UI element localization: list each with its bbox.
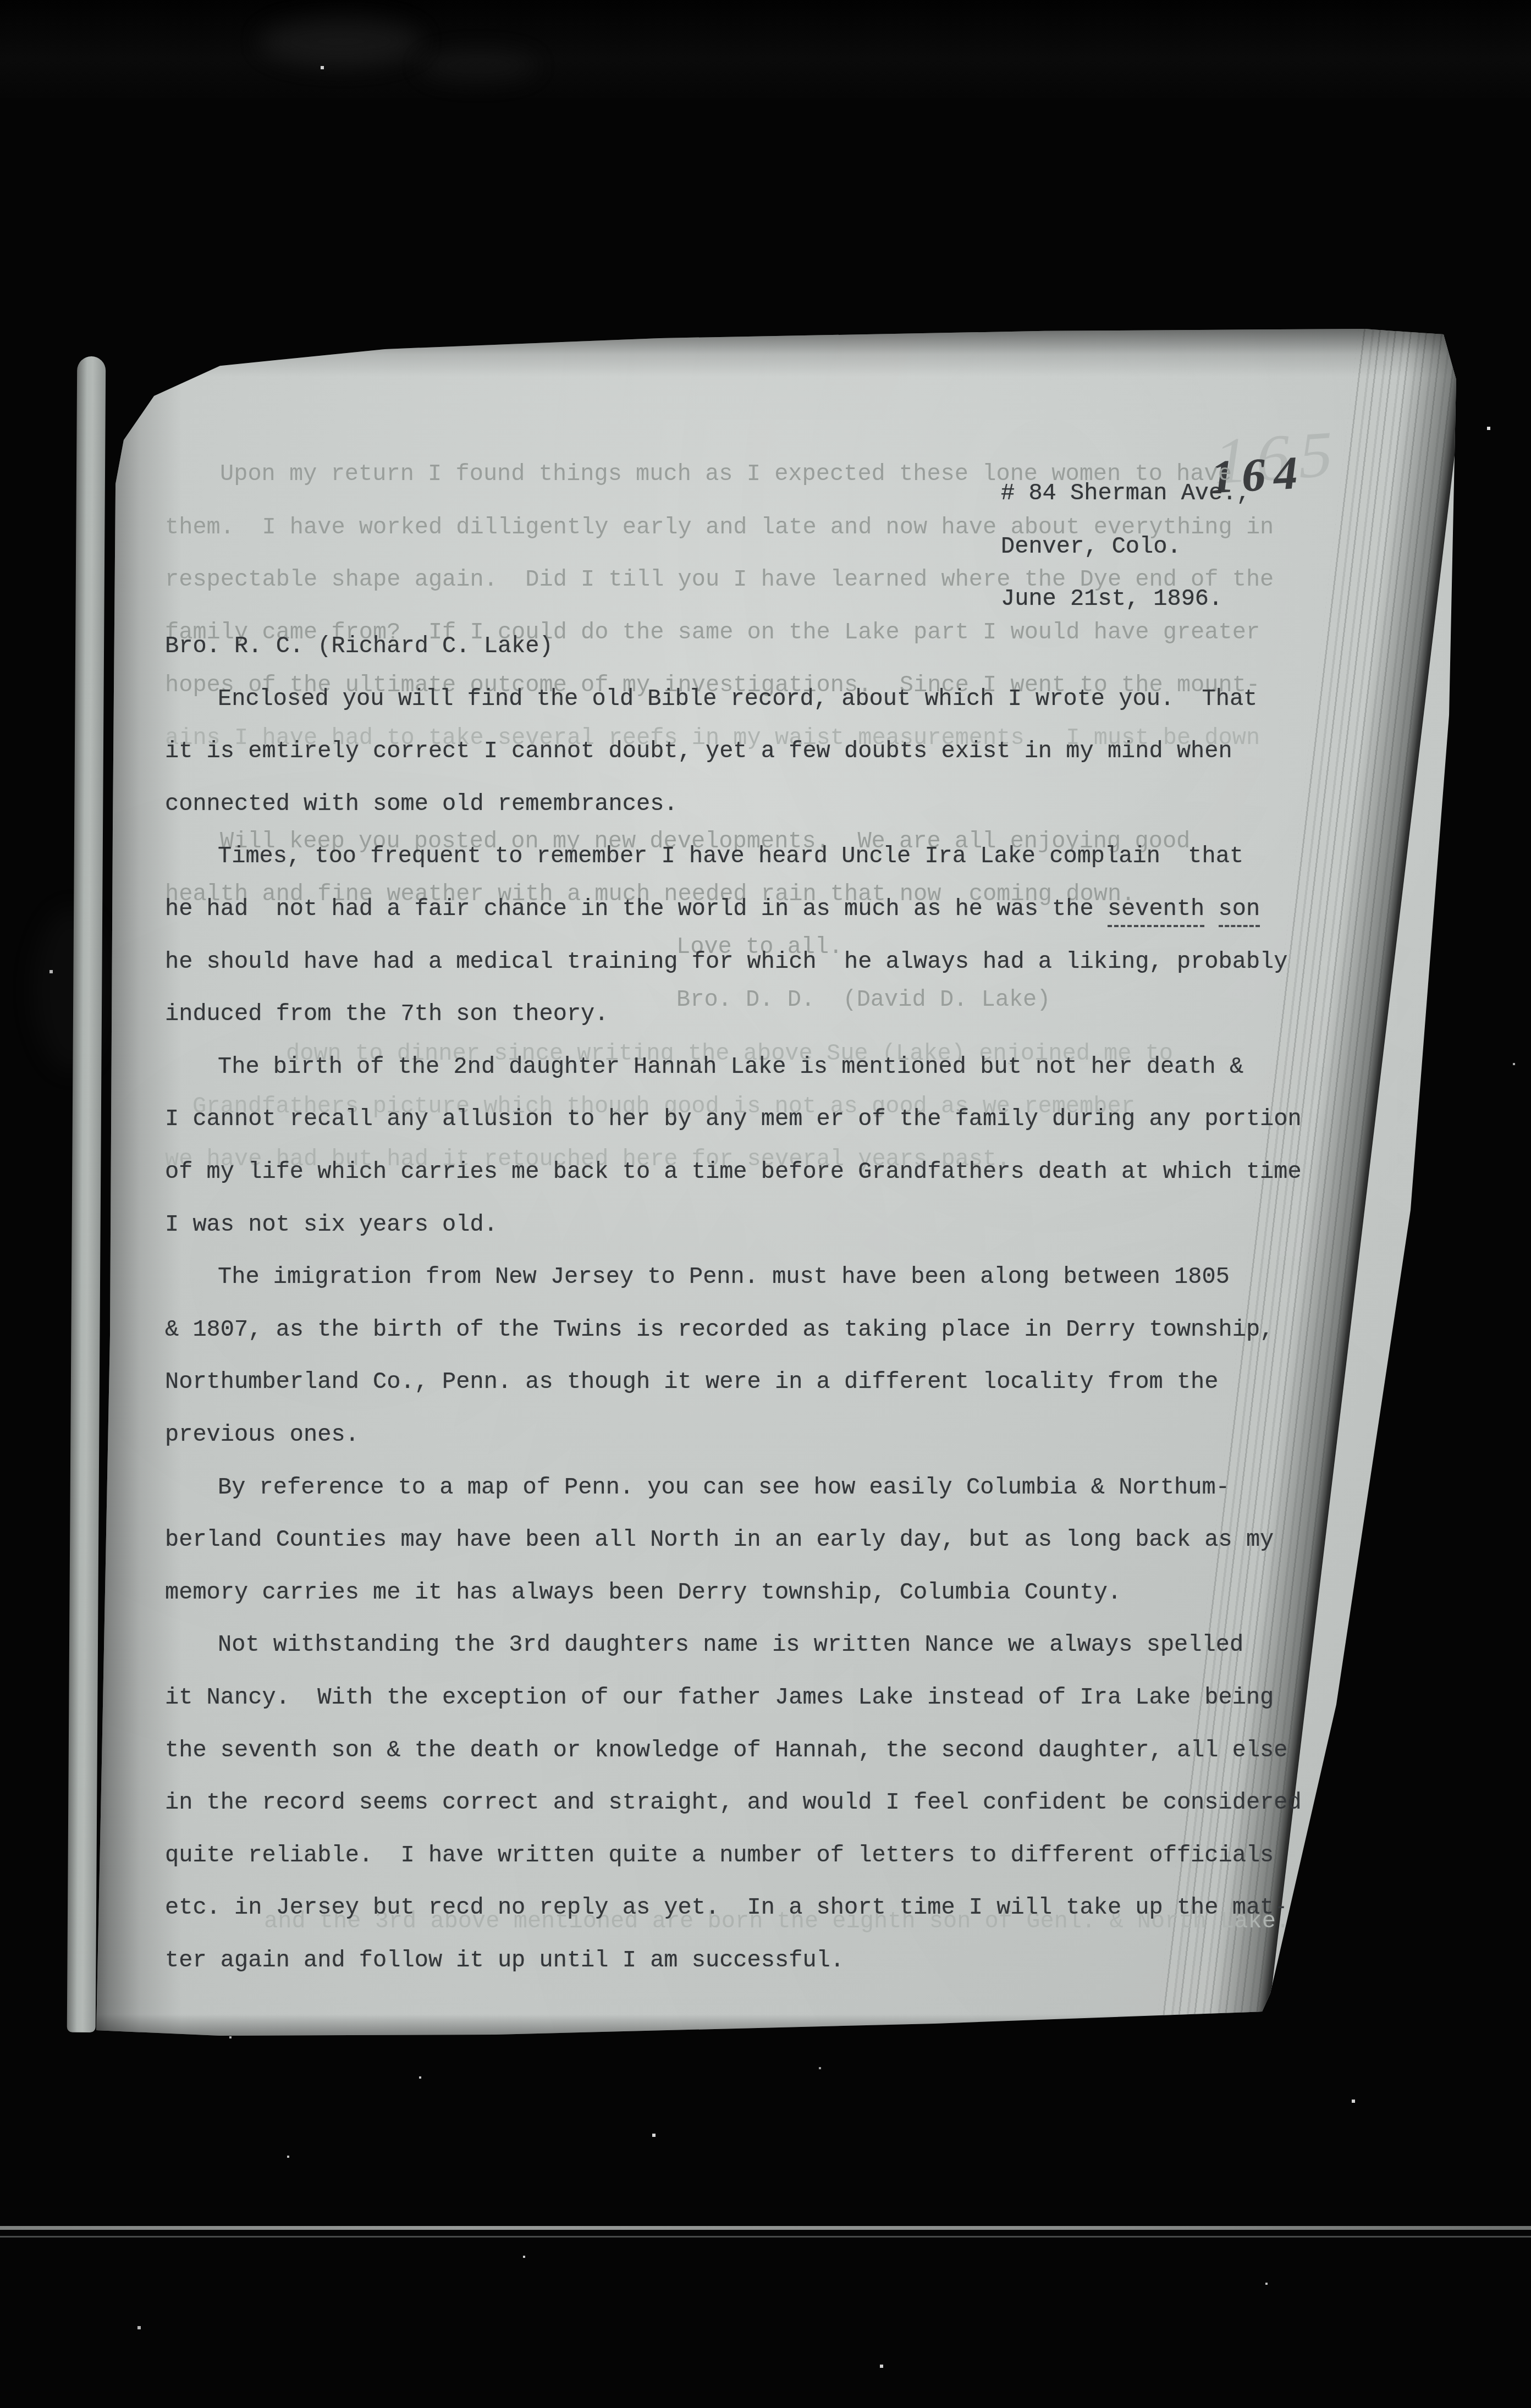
typed-line: Northumberland Co., Penn. as though it w… <box>165 1369 1219 1395</box>
typed-line: I cannot recall any allusion to her by a… <box>165 1106 1302 1132</box>
typed-line: previous ones. <box>165 1421 359 1448</box>
ghost-line: Upon my return I found things much as I … <box>220 461 1232 487</box>
typed-line: he had not had a fair chance in the worl… <box>165 896 1260 922</box>
ghost-line: respectable shape again. Did I till you … <box>165 566 1274 593</box>
typed-line: the seventh son & the death or knowledge… <box>165 1737 1288 1764</box>
typed-line: in the record seems correct and straight… <box>165 1789 1302 1816</box>
underlined-word: seventh <box>1108 896 1204 927</box>
film-smudge <box>258 16 423 66</box>
underlined-word: son <box>1219 896 1260 927</box>
typed-line: & 1807, as the birth of the Twins is rec… <box>165 1316 1274 1343</box>
page-top-shadow <box>77 327 1463 377</box>
typed-line: Enclosed you will find the old Bible rec… <box>218 686 1257 712</box>
typed-line: By reference to a map of Penn. you can s… <box>218 1474 1230 1501</box>
typed-line: Not withstanding the 3rd daughters name … <box>218 1632 1243 1658</box>
typed-line: it is emtirely correct I cannot doubt, y… <box>165 738 1232 764</box>
typed-line: he should have had a medical training fo… <box>165 949 1288 975</box>
opposite-page-edge <box>67 356 106 2032</box>
scanned-letter-photograph: 165 164 # 84 Sherman Ave., Denver, Colo.… <box>0 0 1531 2408</box>
typed-line: it Nancy. With the exception of our fath… <box>165 1684 1274 1711</box>
cradle-edge-line <box>0 2226 1531 2230</box>
typed-line: Bro. R. C. (Richard C. Lake) <box>165 633 553 659</box>
typed-line: berland Counties may have been all North… <box>165 1527 1274 1553</box>
dust-specks <box>0 0 1 1</box>
typed-line: The birth of the 2nd daughter Hannah Lak… <box>218 1054 1243 1080</box>
typed-line: ter again and follow it up until I am su… <box>165 1947 844 1974</box>
ghost-line: Bro. D. D. (David D. Lake) <box>676 987 1051 1013</box>
cradle-edge-line <box>0 2236 1531 2238</box>
typed-line: quite reliable. I have written quite a n… <box>165 1842 1274 1869</box>
letter-page: 165 164 # 84 Sherman Ave., Denver, Colo.… <box>77 327 1463 2042</box>
typed-line: induced from the 7th son theory. <box>165 1001 609 1027</box>
ghost-line: them. I have worked dilligently early an… <box>165 514 1274 541</box>
typed-line: of my life which carries me back to a ti… <box>165 1159 1302 1185</box>
typed-line: etc. in Jersey but recd no reply as yet.… <box>165 1894 1288 1921</box>
typed-line: The imigration from New Jersey to Penn. … <box>218 1264 1230 1290</box>
typed-line: Times, too frequent to remember I have h… <box>218 843 1243 869</box>
page-bottom-shadow <box>77 2014 1463 2042</box>
film-smudge <box>418 49 539 82</box>
typed-line: connected with some old remembrances. <box>165 791 678 817</box>
typed-line: memory carries me it has always been Der… <box>165 1579 1121 1606</box>
photo-top-band <box>0 0 1531 98</box>
typed-line: I was not six years old. <box>165 1211 498 1238</box>
